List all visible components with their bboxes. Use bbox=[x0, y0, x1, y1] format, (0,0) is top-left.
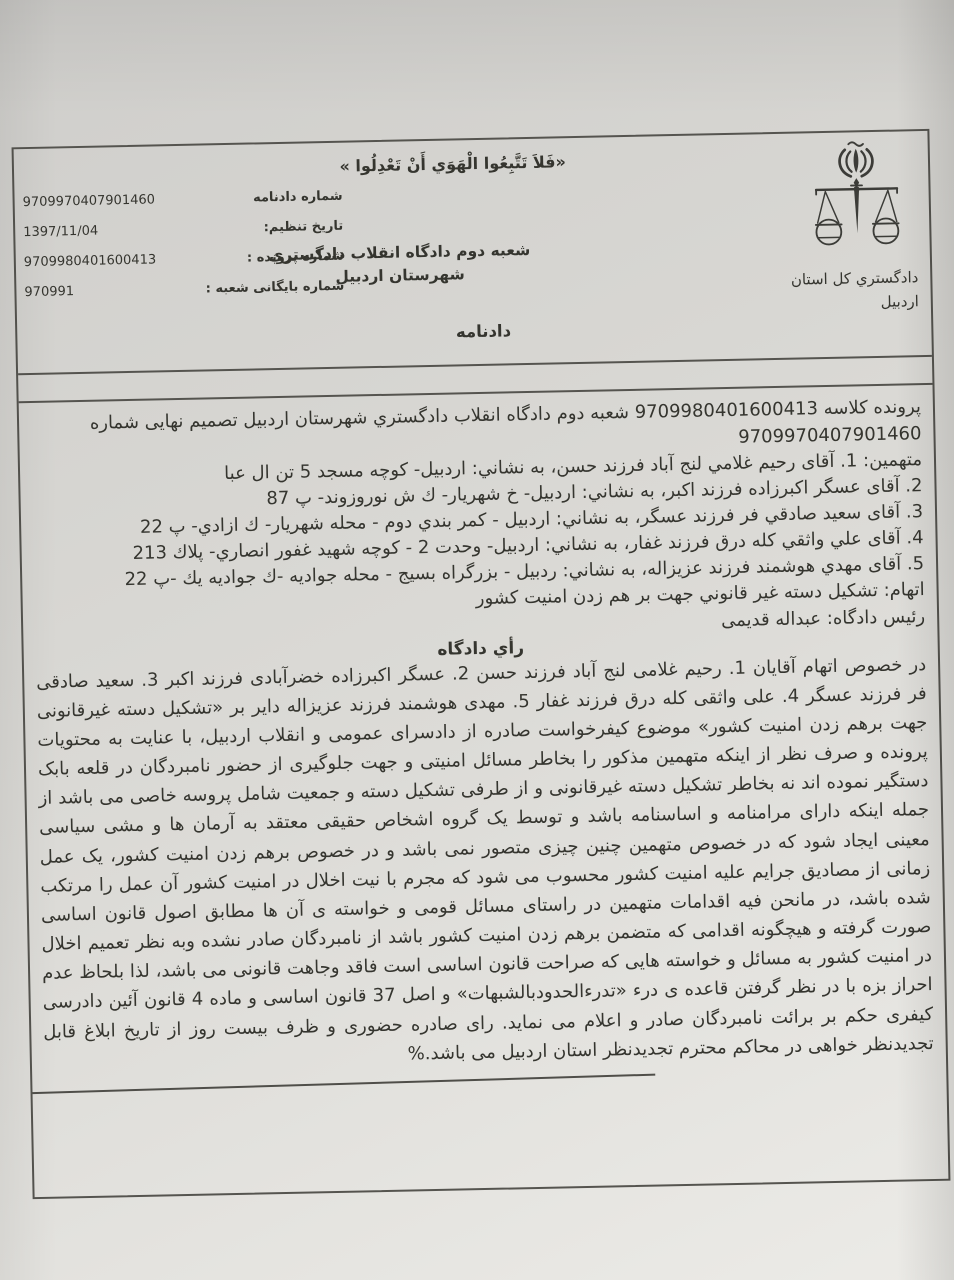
meta-value: 1397/11/04 bbox=[23, 224, 98, 241]
document-header: «فَلاَ تَتَّبِعُوا الْهَوَي أَنْ تَعْدِل… bbox=[14, 131, 932, 375]
branch-name: شعبه دوم دادگاه انقلاب دادگستري شهرستان … bbox=[207, 238, 592, 292]
meta-value: 970991 bbox=[24, 284, 74, 300]
meta-label: شماره دادنامه bbox=[253, 189, 343, 206]
court-document: «فَلاَ تَتَّبِعُوا الْهَوَي أَنْ تَعْدِل… bbox=[12, 129, 951, 1199]
iran-judiciary-scales-emblem-icon bbox=[809, 133, 904, 263]
org-name: دادگستري کل استان اردبیل bbox=[723, 265, 919, 317]
document-title: دادنامه bbox=[301, 318, 667, 344]
verdict-text: در خصوص اتهام آقایان 1. رحیم غلامی لنج آ… bbox=[36, 650, 934, 1076]
signature-line bbox=[32, 1073, 655, 1093]
meta-label: تاریخ تنظیم: bbox=[263, 219, 343, 236]
org-name-line2: اردبیل bbox=[724, 289, 919, 317]
meta-value: 9709980401600413 bbox=[24, 252, 157, 270]
photo-background: «فَلاَ تَتَّبِعُوا الْهَوَي أَنْ تَعْدِل… bbox=[0, 0, 954, 1280]
quran-verse: «فَلاَ تَتَّبِعُوا الْهَوَي أَنْ تَعْدِل… bbox=[197, 149, 709, 178]
document-body: پرونده کلاسه 9709980401600413 شعبه دوم د… bbox=[19, 385, 947, 1094]
meta-value: 9709970407901460 bbox=[22, 192, 155, 210]
